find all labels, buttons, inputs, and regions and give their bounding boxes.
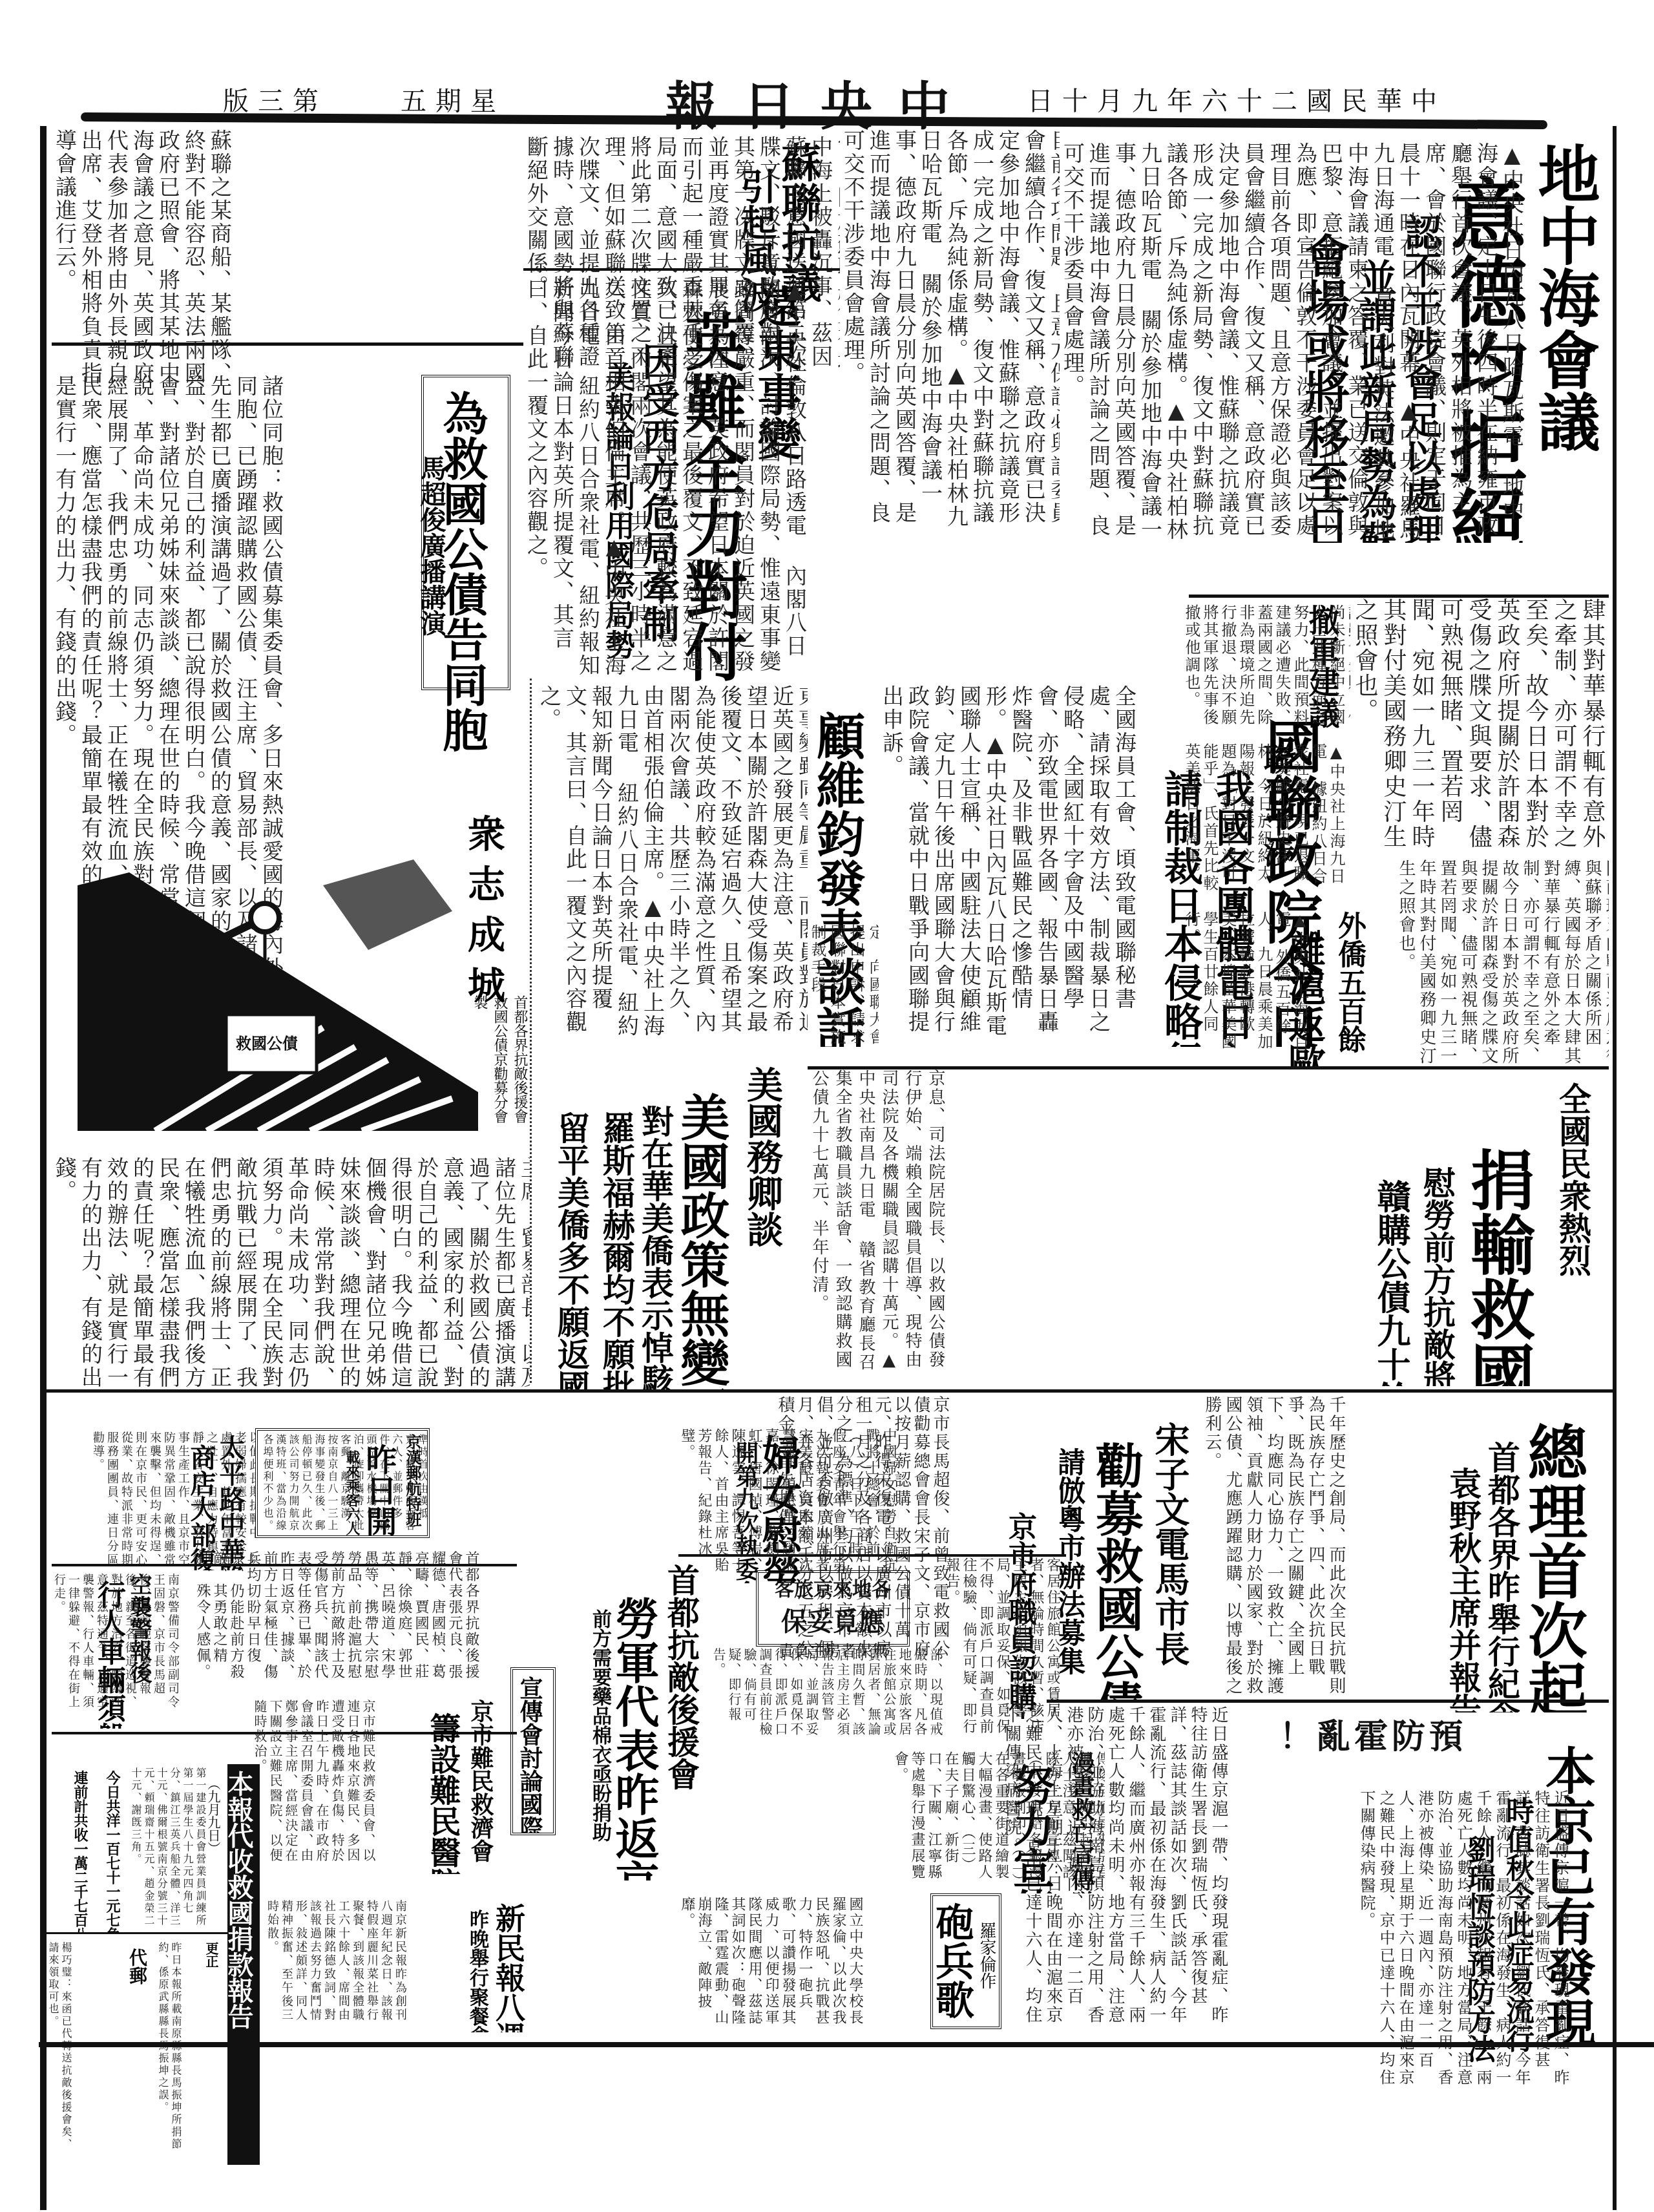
article-body: 全國漫畫界救亡宣傳隊自派員來京宣傳後、頗引起各界人士注意、茲聞該隊分三方面宣傳：… <box>892 1751 1105 1887</box>
divider <box>678 1554 1066 1557</box>
donation-corrections: 更正 昨日本報所載南原縣縣長馬振坤所捐節約、係原武縣縣長馬振坤之誤。 代郵 楊巧… <box>47 1935 227 2162</box>
article-body: 京息、司法院居院長、以救國公債發行伊始、端賴全國職員倡導、現特由司法院及各機關職… <box>808 1069 947 1386</box>
article-league-body: ▲中央社全國教育團體聯合會 全國文化團體聯合會、世界知識合作會中國分會、全國郵務… <box>879 685 1137 1047</box>
article-rear-support-body: 首都各界抗敵後援會代表張元良、張耀德、唐國楨、葛亮疇、賈國民、莊靜、徐煥庭、郭世… <box>194 1551 510 1693</box>
page-number: 第三版 <box>223 81 328 118</box>
section-divider <box>47 1389 1613 1393</box>
article-body: ▲中央社日內瓦八日哈瓦斯電 地中海會議、定十日午後四時半在納雍市政廳舉行首次會議… <box>1060 142 1525 543</box>
cartoon-sign: 救國公債 <box>236 1031 298 1053</box>
article-body: 中國航空公司特開京漢段之班機、於昨日上午十時許、準時首次由漢抵京、載來中西乘客六… <box>261 1434 430 1537</box>
article-body: ▲中央社上海九日電 據路透社八日電、英美法所提中日軍隊遠離租界作戰之建議雖告失敗… <box>1182 604 1350 733</box>
article-body: 南京警備司令部、以現值戒嚴時期、凡各地來京旅客居住旅館公寓或賃居者、無論時間久暫… <box>943 1557 1060 1742</box>
article-far-east: 遠東事變 英難全力對付 因受西方危局牽制 美報論日利用國際局勢 ▲中央社倫敦八日… <box>523 271 840 685</box>
kicker: 宋子文電馬市長 <box>1146 1422 1195 1666</box>
box-text: 宣傳會討論國際宣傳 <box>514 1676 547 1835</box>
subhead-3: 留平美僑多不願返國 <box>548 1111 594 1389</box>
article-body: ▲中央社上海九日電 外僑五百餘人、九日晨乘美加拉號輪赴港轉歐美、本埠留華美國學生… <box>1182 911 1309 1060</box>
cumulative-total: 連前計共收一萬二千七百八十四元一角六分 <box>70 1771 90 1932</box>
rear-support-box: 宣傳會討論國際宣傳 <box>510 1667 556 1835</box>
article-joint-intervention: 聯合干涉 ▲中央社上海九日電 據紐約八日合衆社電、現已退職之美國少將史沫林、今日… <box>1182 737 1350 905</box>
correction-label: 更正 <box>202 1942 221 1968</box>
kicker: 外僑五百餘 <box>1328 911 1370 1053</box>
article-mediterranean-cont: ▲中央社日內瓦八日哈瓦斯電 地中海會議、定十日午後四時半在納雍市政廳舉行首次會議… <box>840 129 1060 543</box>
newspaper-title: 中央日報 <box>665 65 976 139</box>
subhead: 前方需要藥品棉衣亟盼捐助 <box>585 1609 614 1842</box>
article-body: 日本顯然預料英國於今日歐洲局勢下、對日不致採取嚴峻步驟、按日本發動其對華侵略之初… <box>1396 859 1609 1066</box>
article-body: 諸位同胞：救國公債募集委員會、多日來熱誠愛國的海內外同胞、已踴躍認購救國公債、汪… <box>52 1157 530 1389</box>
subhead: 昨晚舉行聚餐會 <box>463 1910 491 2032</box>
article-taiping-road: 太平路中華路 商店大部復業 自滬戰開始、敵機時來首都偷襲、首都新運會以值此長期抗… <box>90 1428 255 1570</box>
article-rear-support: 首都抗敵後援會 勞軍代表昨返京 前方需要藥品棉衣亟盼捐助 <box>562 1557 711 1880</box>
issue-date: 中華民國二十六年九月十日 <box>1027 81 1446 118</box>
article-donation-body: 京息、司法院居院長、以救國公債發行伊始、端賴全國職員倡導、現特由司法院及各機關職… <box>808 1069 1299 1386</box>
cartoon-credit: 首都各界抗敵後援會救國公債京勸募分會製 <box>470 995 530 1124</box>
subhead: 請倣粵市辦法募集 <box>1060 1448 1089 1675</box>
donation-totals: 今日共洋一百七十一元七角七分 連前計共收一萬二千七百八十四元一角六分 <box>47 1764 129 1932</box>
article-koo-body: ▲中央社上海八日電 據巴黎七日合衆社電、顧維鈞將于九日首途赴日內瓦、出席國聯行政… <box>808 924 879 1047</box>
bottom-rule <box>39 2042 1654 2047</box>
cartoon-title: 衆志成城 <box>456 814 510 1016</box>
divider <box>52 342 523 346</box>
donation-report-list: （九月九日） 第一建設委員會營業員訓練所第一屆學生八十九元四角七分、鎮江三英兵船… <box>129 1764 226 1932</box>
proxy-mail-body: 楊巧璧：來函已代轉送抗敵後援會矣、請來領取可也。 <box>47 1942 72 2155</box>
article-bond-speech-cont: 諸位同胞：救國公債募集委員會、多日來熱誠愛國的海內外同胞、已踴躍認購救國公債、汪… <box>52 1157 530 1389</box>
byline: 馬超俊廣播講演 <box>413 455 450 636</box>
article-airmail: 京漢郵航特班 昨日開航 載來乘客六人 中國航空公司特開京漢段之班機、於昨日上午十… <box>255 1428 430 1538</box>
subhead-2: 贛購公債九十餘萬 <box>1366 1179 1415 1386</box>
artillery-song-title-box: 砲兵歌 羅家倫作 <box>930 1893 1001 2029</box>
divider <box>47 1932 227 1934</box>
banner-text: 本報代收救國捐款報告 <box>227 1771 257 2029</box>
banner-text: 預防霍亂！ <box>1273 1709 1467 1754</box>
author: 羅家倫作 <box>975 1922 999 1989</box>
article-body: ▲中央社上海九日電 據紐約八日合衆社電、現已退職之美國少將史沫林、今日於紐約太陽… <box>1182 743 1345 898</box>
cartoon-panel: 救國公債 衆志成城 首都各界抗敵後援會救國公債京勸募分會製 <box>65 788 530 1150</box>
cholera-banner: 預防霍亂！ <box>1273 1709 1467 1754</box>
donation-report-banner: 本報代收救國捐款報告 <box>227 1764 260 2165</box>
article-xinmin: 新民報八週紀念 昨晚舉行聚餐會 南京新民報昨為創刊八週年紀念日、該報特假座麗川菜… <box>265 1897 678 2032</box>
article-body: 京市難民救濟委員會、以連日各地來京難民、多因遭受敵機轟炸負傷、特於昨日上午九時、… <box>252 1700 376 1868</box>
divider <box>1047 1700 1609 1703</box>
article-founding-body: 首都各界昨日在市黨部舉行總理第一次起義紀念大會、市黨部特派員袁野秋、周復伍士焜、… <box>1202 1396 1350 1700</box>
kicker: 全國民衆熱烈 <box>1549 1082 1596 1276</box>
divider <box>523 268 840 271</box>
article-body: ▲中央社上海八日電 據巴黎七日合衆社電、顧維鈞將于九日首途赴日內瓦、出席國聯行政… <box>808 924 879 1047</box>
divider <box>52 1564 517 1566</box>
headline: 勸募救國公債 <box>1082 1441 1150 1700</box>
cartoon-illustration <box>78 834 478 1131</box>
article-body: 國立中央大學校長羅家倫、以此次我民族怒吼、抗戰甚力、特作一砲兵歌、可讚揚發展其威… <box>678 1897 863 2032</box>
notice-box: 各地來京旅客 應覓妥保 無保者房主負責 <box>756 1570 910 1647</box>
correction-body: 昨日本報所載南原縣縣長馬振坤所捐節約、係原武縣縣長馬振坤之誤。 <box>156 1942 182 2155</box>
article-overseas: 外僑五百餘 離滬返歐美 ▲中央社上海九日電 外僑五百餘人、九日晨乘美加拉號輪赴港… <box>1182 905 1396 1066</box>
article-body: 首都各界昨日在市黨部舉行總理第一次起義紀念大會、市黨部特派員袁野秋、周復伍士焜、… <box>1202 1396 1350 1700</box>
article-song-ziwen: 宋子文電馬市長 勸募救國公債 請倣粵市辦法募集 <box>1060 1396 1202 1700</box>
proxy-mail-label: 代郵 <box>124 1948 150 1985</box>
headline: 捐輸救國 <box>1451 1147 1544 1386</box>
article-body: ▲中央社全國教育團體聯合會 全國文化團體聯合會、世界知識合作會中國分會、全國郵務… <box>879 685 1137 1047</box>
article-japan-analysis-cont: 日本顯然預料英國於今日歐洲局勢下、對日不致採取嚴峻步驟、按日本發動其對華侵略之初… <box>1396 859 1609 1066</box>
article-body: 南京新民報昨為創刊八週年紀念日、該報特假座麗川菜社舉行聚餐、到該報全體職工六十餘… <box>265 1900 407 2029</box>
article-body: 自滬戰開始、敵機時來首都偷襲、首都新運會以值此長期抗戰中、除老弱婦孺應有較安全之… <box>90 1431 255 1567</box>
article-withdrawal: 撤軍建議 ▲中央社上海九日電 據路透社八日電、英美法所提中日軍隊遠離租界作戰之建… <box>1182 598 1350 737</box>
article-body: 南京警備司令部副司令王固磐、京市長馬超俊、於前晚空襲警報後、親至各街道巡視、對於… <box>52 1574 180 1722</box>
article-body: 南京警備司令部、以現值戒嚴時期、凡各地來京旅客居住旅館公寓或賃居者、無論時間久暫… <box>711 1648 943 1738</box>
article-japan-analysis: 日本顯然預料英國於今日歐洲局勢下、對日不致採取嚴峻步驟、按日本發動其對華侵略之初… <box>1350 598 1609 856</box>
article-hotel-notice: 各地來京旅客 應覓妥保 無保者房主負責 南京警備司令部、以現值戒嚴時期、凡各地來… <box>711 1557 943 1742</box>
kicker: 京市難民救濟會 <box>465 1700 497 1862</box>
page-frame-right <box>1613 126 1617 2210</box>
article-refugee-hospital: 京市難民救濟會 籌設難民醫院 京市難民救濟委員會、以連日各地來京難民、多因遭受敵… <box>252 1693 510 1874</box>
subhead-2: 袁野秋主席并報告意義 <box>1439 1467 1486 1712</box>
article-donation-campaign: 全國民衆熱烈 捐輸救國 慰勞前方抗敵將士 贛購公債九十餘萬 <box>1299 1069 1609 1386</box>
article-body: ▲中央社日內瓦八日哈瓦斯電 地中海會議、定十日午後四時半在納雍市政廳舉行首次會議… <box>840 129 1060 543</box>
article-body: 首都各界抗敵後援會代表張元良、張耀德、唐國楨、葛亮疇、賈國民、莊靜、徐煥庭、郭世… <box>194 1551 479 1693</box>
article-far-east-cont: ▲中央社倫敦八日路透電 內閣八日開會兩次、討論國際局勢、惟遠東事變雖同等嚴重、而… <box>536 685 808 1047</box>
article-artillery-song: 國立中央大學校長羅家倫、以此次我民族怒吼、抗戰甚力、特作一砲兵歌、可讚揚發展其威… <box>678 1897 930 2032</box>
headline: 新民報八週紀念 <box>487 1903 530 2032</box>
article-body: 日本顯然預料英國於今日歐洲局勢下、對日不致採取嚴峻步驟、按日本發動其對華侵略之初… <box>1350 598 1609 856</box>
article-body: ▲中央社倫敦八日路透電 內閣八日開會兩次、討論國際局勢、惟遠東事變雖同等嚴重、而… <box>536 685 808 1047</box>
article-body: ▲中央社倫敦八日路透電 內閣八日開會兩次、討論國際局勢、惟遠東事變雖同等嚴重、而… <box>523 278 808 679</box>
column-divider <box>530 679 532 1383</box>
kicker: 美國務卿談 <box>737 1066 788 1247</box>
article-mediterranean: 地中海會議 意德均拒絕參加 認不干涉會足以處理各問題 並謂此新局勢為蘇聯所促成 … <box>1060 129 1609 543</box>
report-date: （九月九日） <box>204 1777 223 1855</box>
headline: 砲兵歌 <box>930 1902 979 2019</box>
notice-headline: 應覓妥保 <box>759 1601 907 1638</box>
article-propaganda-team: 漫畫救亡宣傳隊 努力宣傳工作 全國漫畫界救亡宣傳隊自派員來京宣傳後、頗引起各界人… <box>892 1745 1105 1893</box>
headline-box: 為救國公債告同胞 馬超俊廣播講演 <box>421 375 510 690</box>
subhead-1: 慰勞前方抗敵將士 <box>1414 1166 1460 1386</box>
weekday: 星期五 <box>401 81 505 118</box>
article-air-raid: 空襲警報後 行人車輛須躲避 南京警備司令部副司令王固磐、京市長馬超俊、於前晚空襲… <box>52 1567 200 1729</box>
article-cholera: 本京已有發現 時值秋令此症易流行 劉瑞恆談預防方法 近日盛傳京滬一帶、均發現霍亂… <box>1357 1706 1609 2094</box>
article-founding-anniversary: 總理首次起義紀念 首都各界昨舉行紀念會 袁野秋主席并報告意義 <box>1350 1396 1609 1712</box>
article-hotel-notice-cont: 南京警備司令部、以現值戒嚴時期、凡各地來京旅客居住旅館公寓或賃居者、無論時間久暫… <box>943 1557 1060 1742</box>
notice-line-1: 各地來京旅客 <box>759 1573 907 1601</box>
report-body: 第一建設委員會營業員訓練所第一屆學生八十九元四角七分、鎮江三英兵船全體、洋三十元… <box>129 1767 207 1929</box>
article-us-secretary: 美國務卿談 美國政策無變更 對在華美僑表示悼駭事 羅斯福赫爾均不願批評 留平美僑… <box>536 1047 808 1389</box>
today-total: 今日共洋一百七十一元七角七分 <box>103 1771 123 1932</box>
headline: 籌設難民醫院 <box>421 1712 465 1874</box>
subhead-2: 羅斯福赫爾均不願批評 <box>593 1111 640 1389</box>
masthead: 中華民國二十六年九月十日 中央日報 星期五 第三版 <box>0 0 1654 123</box>
page-frame-left <box>40 126 47 2210</box>
